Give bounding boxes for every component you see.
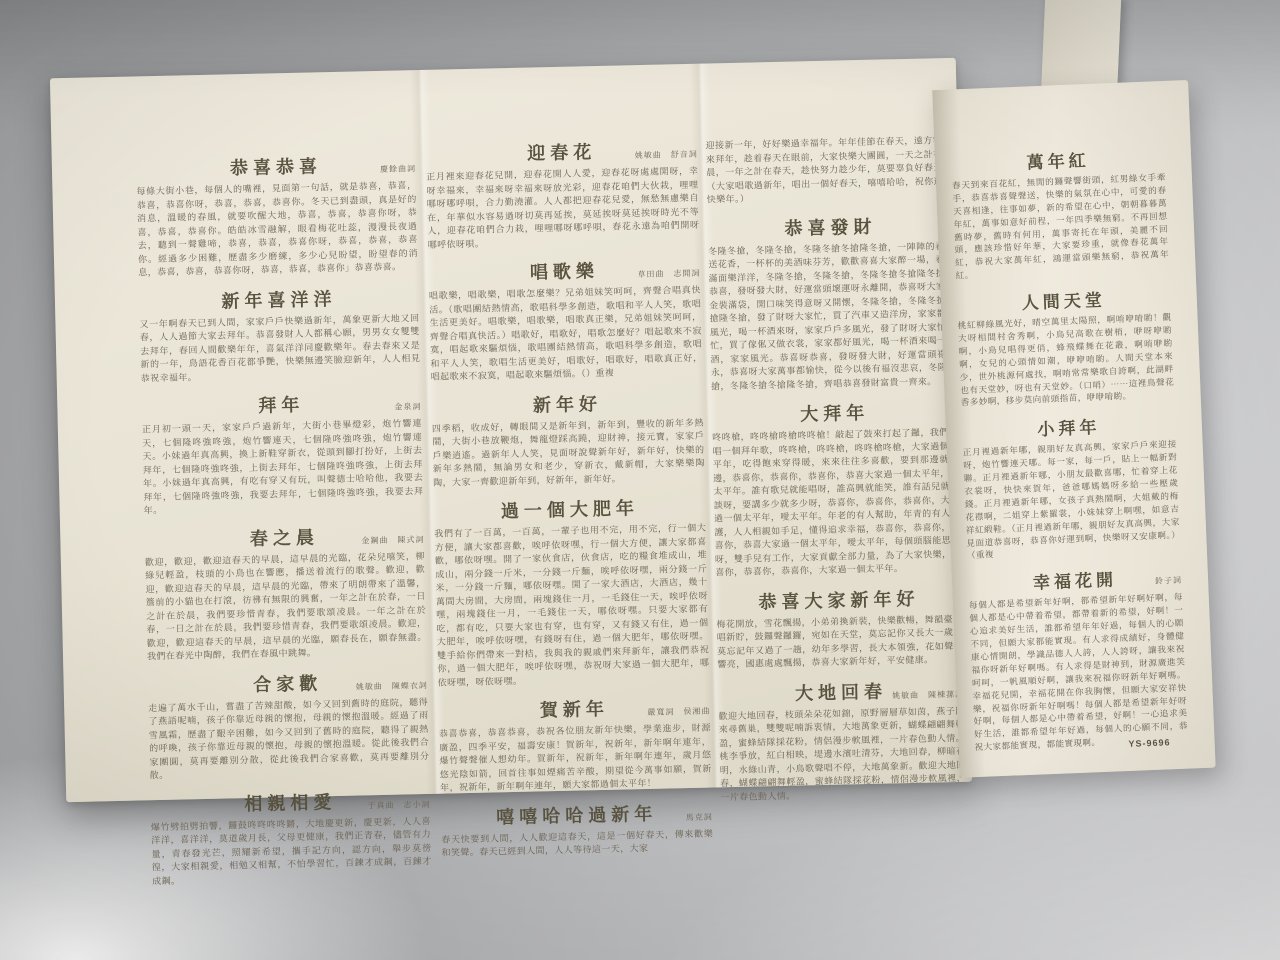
song-title: 合家歡: [253, 669, 323, 697]
song-title: 萬年紅: [1026, 146, 1090, 174]
song-title: 恭喜發財: [784, 212, 877, 240]
song-title: 春之晨: [250, 523, 320, 551]
song-lyrics: 梅花開放，雪花飄揚，小弟弟換新裝，快樂歡暢，舞韻臺歌唱新貯，鼓鑼聲鑼鑼，宛如在天…: [716, 612, 963, 672]
song-credit: 馬克詞: [686, 811, 713, 823]
song-section: 春之晨 金鋼曲 陳式詞 歡迎，歡迎，歡迎這春天的早晨，這早晨的光臨，花朵兒嘻笑，…: [144, 520, 427, 663]
song-section: 萬年紅 春天到來百花紅，無閒的鑼聲響街頭，紅男綠女手牽手，恭喜恭喜聲聲送，快樂的…: [951, 143, 1170, 283]
song-title: 小拜年: [1037, 413, 1101, 441]
song-lyrics: 正月初一頭一天，家家戶戶過新年，大街小巷畢燈彩，炮竹響連天，七個隆咚強咚強，炮竹…: [142, 417, 424, 518]
song-lyrics: 四季稻，收成好，轉眼間又是新年到，新年到，豐收的新年多熱鬧，大街小巷放鞭炮，舞龍…: [432, 416, 705, 490]
song-lyrics: 歡迎大地回春，枝頭朵朵花如錦，原野層層草如茵，燕子回來尋舊巢，雙雙呢喃訴衷情，大…: [718, 704, 966, 804]
song-section: 迎春花 姚敏曲 舒音詞 正月裡來迎春花兒開，迎春花開人人愛，迎春花呀處處開呀，幸…: [425, 136, 699, 252]
song-section: 合家歡 姚敏曲 陳蝶衣詞 走遍了萬水千山，嘗盡了苦辣甜酸，如今又回到舊時的庭院，…: [147, 666, 429, 782]
song-section: 拜年 金泉詞 正月初一頭一天，家家戶戶過新年，大街小巷畢燈彩，炮竹響連天，七個隆…: [141, 388, 424, 518]
song-lyrics: 恭喜恭喜，恭喜恭喜，恭祝各位朋友新年快樂，學業進步，財源廣盈，四季平安，福壽安康…: [439, 722, 712, 796]
song-credit: 金鋼曲 陳式詞: [361, 533, 424, 545]
song-title: 嘻嘻哈哈過新年: [496, 799, 658, 829]
song-section: 過一個大肥年 我們有了一百萬，一百萬，一輩子也用不完，用不完，行一個大方便，讓大…: [434, 493, 710, 690]
song-title: 大拜年: [800, 399, 870, 427]
song-credit: 姚敏曲 陳蝶衣詞: [356, 679, 428, 692]
song-lyrics: 春天到來百花紅，無閒的鑼聲響街頭，紅男綠女手牽手，恭喜恭喜聲聲送，快樂的氣氛在心…: [952, 171, 1170, 283]
catalog-number: YS-9696: [1128, 737, 1170, 749]
photo-scene: 恭喜恭喜 慶餘曲詞 每條大街小巷，每個人的嘴裡，見面第一句話，就是恭喜，恭喜，恭…: [0, 0, 1280, 960]
song-section: 恭喜恭喜 慶餘曲詞 每條大街小巷，每個人的嘴裡，見面第一句話，就是恭喜，恭喜，恭…: [136, 150, 419, 280]
lyrics-column-4: 萬年紅 春天到來百花紅，無閒的鑼聲響街頭，紅男綠女手牽手，恭喜恭喜聲聲送，快樂的…: [951, 143, 1189, 763]
song-credit: 金泉詞: [394, 401, 421, 413]
lyrics-sheet: 恭喜恭喜 慶餘曲詞 每條大街小巷，每個人的嘴裡，見面第一句話，就是恭喜，恭喜，恭…: [50, 58, 972, 802]
song-lyrics: 唱歌樂，唱歌樂，唱歌怎麼樂？兄弟姐妹笑呵呵，齊聲合唱真快活。（歌唱團結熱情高，歌…: [429, 284, 703, 385]
song-lyrics: 爆竹劈拍劈拍響，鑼鼓咚咚咚咚鏘，大地慶更新，慶更新，人人喜洋洋，喜洋洋，莫道歲月…: [151, 814, 432, 888]
song-section: 新年喜洋洋 又一年啊春天已到人間，家家戶戶快樂過新年，萬象更新大地又回春，人人過…: [139, 283, 421, 386]
song-lyrics: 走遍了萬水千山，嘗盡了苦辣甜酸，如今又回到舊時的庭院，聽得了燕語呢喃，孩子你靠近…: [148, 695, 430, 782]
song-credit: 草田曲 志開詞: [637, 268, 700, 280]
song-lyrics: 正月裡來迎春花兒開，迎春花開人人愛，迎春花呀處處開呀，幸呀幸福來，幸福來呀幸福來…: [426, 165, 700, 252]
song-title: 迎春花: [527, 138, 597, 166]
song-section: 恭喜發財 冬隆冬搶，冬隆冬搶，冬隆冬搶冬搶隆冬搶，一陣陣的春風送花香，一杯杯的美…: [707, 210, 957, 393]
song-section: 人間天堂 桃紅柳綠風光好，晴空萬里太陽照，啊唷咿唷喲！觀大呀相間村舍秀啊，小鳥兒…: [956, 283, 1175, 410]
song-title: 相親相愛: [244, 788, 337, 816]
song-credit: 于真曲 志小詞: [367, 798, 430, 810]
song-section: 賀新年 嚴寬詞 侯湘曲 恭喜恭喜，恭喜恭喜，恭祝各位朋友新年快樂，學業進步，財源…: [438, 693, 712, 796]
song-lyrics: 每個人都是希望新年好啊，都希望新年好啊好啊，每個人都是心中帶着希望，都帶着新的希…: [969, 591, 1189, 754]
song-section: 小拜年 正月裡過新年哪，親朋好友真高興，家家戶戶來迎接呀，炮竹響連天哪。每一家，…: [961, 410, 1181, 562]
song-title: 新年喜洋洋: [221, 284, 337, 313]
song-credit: 姚敏曲 舒音詞: [635, 149, 698, 161]
song-title: 賀新年: [540, 695, 610, 723]
song-section: 嘻嘻哈哈過新年 馬克詞 春天快要到人間，人人歡迎這春天，這是一個好春天，傳來歡樂…: [440, 798, 713, 860]
song-credit: 姚敏曲 陳棟蓀詞: [892, 688, 964, 701]
song-title: 唱歌樂: [530, 257, 600, 285]
song-lyrics: 咚咚槍，咚咚槍咚槍咚咚槍！敲起了鼓來打起了鑼，我們來唱一個拜年歌，咚咚槍，咚咚槍…: [712, 426, 961, 580]
lyrics-column-3: 迎接新一年，好好樂過幸福年。年年佳節在春天，遠方客人來拜年，趁着春天在眼前，大家…: [705, 134, 966, 813]
song-credit: 鈴子詞: [1155, 575, 1182, 587]
song-title: 恭喜恭喜: [230, 152, 323, 180]
song-lyrics: 正月裡過新年哪，親朋好友真高興，家家戶戶來迎接呀，炮竹響連天哪。每一家，每一戶，…: [963, 438, 1181, 563]
song-credit: 慶餘曲詞: [380, 163, 416, 175]
song-title: 拜年: [258, 391, 305, 418]
song-lyrics-continued: 迎接新一年，好好樂過幸福年。年年佳節在春天，遠方客人來拜年，趁着春天在眼前，大家…: [705, 134, 952, 207]
song-section: 大拜年 咚咚槍，咚咚槍咚槍咚咚槍！敲起了鼓來打起了鑼，我們來唱一個拜年歌，咚咚槍…: [711, 397, 961, 580]
song-lyrics: 每條大街小巷，每個人的嘴裡，見面第一句話，就是恭喜，恭喜，恭喜，恭喜你呀，恭喜，…: [136, 179, 418, 280]
song-lyrics: 我們有了一百萬，一百萬，一輩子也用不完，用不完，行一個大方便，讓大家都喜歡，唉呼…: [434, 522, 710, 690]
song-lyrics: 桃紅柳綠風光好，晴空萬里太陽照，啊唷咿唷喲！觀大呀相間村舍秀啊，小鳥兒高歌在樹梢…: [957, 311, 1174, 410]
lyrics-column-1: 恭喜恭喜 慶餘曲詞 每條大街小巷，每個人的嘴裡，見面第一句話，就是恭喜，恭喜，恭…: [136, 150, 433, 897]
song-title: 人間天堂: [1021, 286, 1106, 314]
song-title: 恭喜大家新年好: [758, 584, 920, 614]
song-title: 幸福花開: [1032, 566, 1117, 594]
lyrics-column-2: 迎春花 姚敏曲 舒音詞 正月裡來迎春花兒開，迎春花開人人愛，迎春花呀處處開呀，幸…: [425, 136, 713, 869]
lyrics-sheet-right-flap: 萬年紅 春天到來百花紅，無閒的鑼聲響街頭，紅男綠女手牽手，恭喜恭喜聲聲送，快樂的…: [932, 80, 1215, 778]
song-section: 恭喜大家新年好 梅花開放，雪花飄揚，小弟弟換新裝，快樂歡暢，舞韻臺歌唱新貯，鼓鑼…: [716, 583, 964, 672]
song-section: 相親相愛 于真曲 志小詞 爆竹劈拍劈拍響，鑼鼓咚咚咚咚鏘，大地慶更新，慶更新，人…: [150, 785, 432, 888]
song-title: 新年好: [533, 389, 603, 417]
song-lyrics: 冬隆冬搶，冬隆冬搶，冬隆冬搶冬搶隆冬搶，一陣陣的春風送花香，一杯杯的美酒味芬芳，…: [708, 239, 957, 393]
song-lyrics: 歡迎，歡迎，歡迎這春天的早晨，這早晨的光臨，花朵兒嘻笑，柳綠兒輕盈，枝頭的小鳥也…: [145, 549, 427, 663]
song-title: 過一個大肥年: [501, 494, 640, 523]
song-section: 新年好 四季稻，收成好，轉眼間又是新年到，新年到，豐收的新年多熱鬧，大街小巷放鞭…: [431, 387, 705, 490]
song-section: 唱歌樂 草田曲 志開詞 唱歌樂，唱歌樂，唱歌怎麼樂？兄弟姐妹笑呵呵，齊聲合唱真快…: [428, 255, 703, 385]
song-section: 幸福花開 鈴子詞 每個人都是希望新年好啊，都希望新年好啊好啊，每個人都是心中帶着…: [968, 563, 1189, 754]
song-title: 大地回春: [795, 677, 888, 705]
song-lyrics: 春天快要到人間，人人歡迎這春天，這是一個好春天，傳來歡樂和笑聲。春天已經到人間，…: [441, 827, 714, 860]
song-credit: 嚴寬詞 侯湘曲: [647, 706, 710, 718]
song-section: 大地回春 姚敏曲 陳棟蓀詞 歡迎大地回春，枝頭朵朵花如錦，原野層層草如茵，燕子回…: [718, 675, 967, 804]
song-lyrics: 又一年啊春天已到人間，家家戶戶快樂過新年，萬象更新大地又回春，人人過節大家去拜年…: [139, 312, 420, 386]
